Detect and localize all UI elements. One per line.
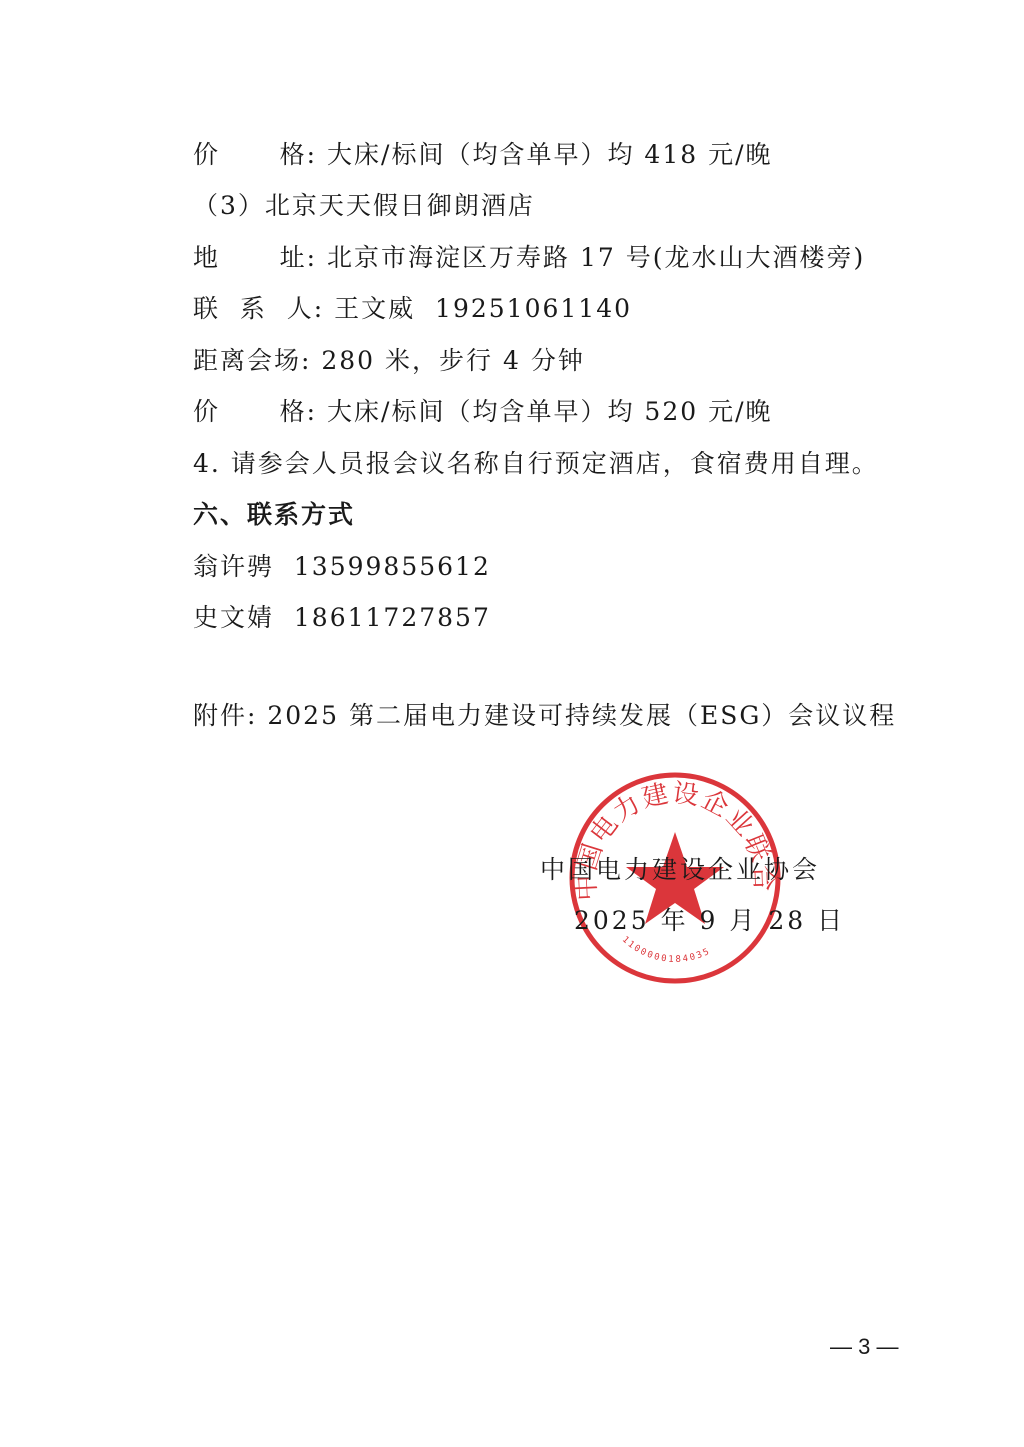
booking-note: 4. 请参会人员报会议名称自行预定酒店，食宿费用自理。 xyxy=(193,448,879,480)
section-heading-contact: 六、联系方式 xyxy=(193,499,355,531)
hotel3-name: （3）北京天天假日御朗酒店 xyxy=(193,190,535,222)
hotel3-contact: 联 系 人: 王文威 19251061140 xyxy=(193,293,632,325)
hotel2-price: 价 格: 大床/标间（均含单早）均 418 元/晚 xyxy=(193,139,773,171)
contact-person-2: 史文婧 18611727857 xyxy=(193,602,491,634)
signing-organization: 中国电力建设企业协会 xyxy=(540,854,820,886)
contact-person-1: 翁许骋 13599855612 xyxy=(193,551,491,583)
attachment-note: 附件: 2025 第二届电力建设可持续发展（ESG）会议议程 xyxy=(193,700,896,732)
hotel3-address: 地 址: 北京市海淀区万寿路 17 号(龙水山大酒楼旁) xyxy=(193,242,865,274)
hotel3-price: 价 格: 大床/标间（均含单早）均 520 元/晚 xyxy=(193,396,773,428)
signing-date: 2025 年 9 月 28 日 xyxy=(574,905,845,937)
svg-text:1100000184035: 1100000184035 xyxy=(620,935,713,965)
page-number: — 3 — xyxy=(830,1334,898,1360)
hotel3-distance: 距离会场: 280 米，步行 4 分钟 xyxy=(193,345,585,377)
